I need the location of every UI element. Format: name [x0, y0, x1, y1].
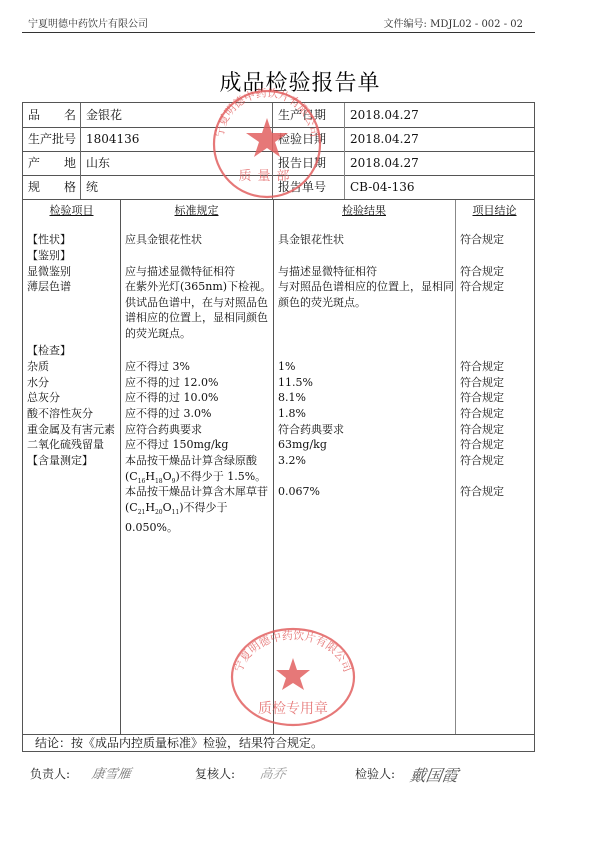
result-value: 11.5%: [278, 375, 454, 391]
result-item: 【鉴别】: [27, 248, 71, 264]
result-value: 与描述显微特征相符: [278, 264, 454, 280]
info-row: 生产批号 1804136 检验日期 2018.04.27: [23, 127, 534, 152]
result-item: 【含量测定】: [27, 453, 93, 469]
column-header-conclusion: 项目结论: [455, 202, 534, 218]
column-divider: [455, 200, 456, 734]
info-value: 2018.04.27: [345, 127, 534, 151]
result-value: 0.067%: [278, 484, 454, 500]
info-label: 生产日期: [273, 103, 345, 127]
inspector-label: 检验人:: [355, 765, 395, 782]
document-number: 文件编号: MDJL02 - 002 - 02: [384, 20, 523, 30]
result-conclusion: 符合规定: [460, 359, 504, 375]
result-item: 水分: [27, 375, 49, 391]
result-conclusion: 符合规定: [460, 375, 504, 391]
column-header-result: 检验结果: [273, 202, 455, 218]
column-header-item: 检验项目: [23, 202, 120, 218]
result-conclusion: 符合规定: [460, 232, 504, 248]
info-label: 产地: [23, 151, 81, 175]
info-label: 品名: [23, 103, 81, 127]
info-value: 山东: [81, 151, 273, 175]
info-value: 1804136: [81, 127, 273, 151]
result-conclusion: 符合规定: [460, 422, 504, 438]
column-divider: [120, 200, 121, 734]
company-name: 宁夏明德中药饮片有限公司: [28, 20, 148, 30]
result-standard: 应与描述显微特征相符: [125, 264, 273, 280]
info-row: 品名 金银花 生产日期 2018.04.27: [23, 103, 534, 128]
result-item: 酸不溶性灰分: [27, 406, 93, 422]
result-value: 3.2%: [278, 453, 454, 469]
info-value: 2018.04.27: [345, 151, 534, 175]
result-conclusion: 符合规定: [460, 390, 504, 406]
result-standard: 应不得的过 12.0%: [125, 375, 273, 391]
result-value: 63mg/kg: [278, 437, 454, 453]
result-item: 杂质: [27, 359, 49, 375]
result-value: 1.8%: [278, 406, 454, 422]
info-label: 报告单号: [273, 175, 345, 199]
result-conclusion: 符合规定: [460, 279, 504, 295]
info-label: 规格: [23, 175, 81, 199]
result-value: 具金银花性状: [278, 232, 454, 248]
info-value: 2018.04.27: [345, 103, 534, 127]
info-value: 金银花: [81, 103, 273, 127]
info-label: 生产批号: [23, 127, 81, 151]
result-standard: 应符合药典要求: [125, 422, 273, 438]
result-standard: 在紫外光灯(365nm)下检视。供试品色谱中，在与对照品色谱相应的位置上，显相同…: [125, 279, 273, 341]
responsible-label: 负责人:: [30, 765, 70, 782]
result-standard: 应不得过 150mg/kg: [125, 437, 273, 453]
inspector-signature: 戴国霞: [408, 763, 459, 786]
result-standard: 本品按干燥品计算含木犀草苷(C21H20O11)不得少于 0.050%。: [125, 484, 273, 536]
result-standard: 应不得的过 10.0%: [125, 390, 273, 406]
reviewer-signature: 高乔: [259, 763, 288, 782]
result-conclusion: 符合规定: [460, 406, 504, 422]
result-item: 薄层色谱: [27, 279, 71, 295]
conclusion: 结论：按《成品内控质量标准》检验，结果符合规定。: [23, 734, 534, 751]
result-conclusion: 符合规定: [460, 437, 504, 453]
info-value: 统: [81, 175, 273, 199]
result-standard: 应具金银花性状: [125, 232, 273, 248]
info-label: 检验日期: [273, 127, 345, 151]
reviewer-label: 复核人:: [195, 765, 235, 782]
result-standard: 应不得过 3%: [125, 359, 273, 375]
result-value: 1%: [278, 359, 454, 375]
result-conclusion: 符合规定: [460, 453, 504, 469]
column-header-standard: 标准规定: [120, 202, 273, 218]
info-value: CB-04-136: [345, 175, 534, 199]
result-conclusion: 符合规定: [460, 264, 504, 280]
responsible-signature: 康雪雁: [91, 763, 133, 782]
result-item: 【性状】: [27, 232, 71, 248]
result-item: 重金属及有害元素: [27, 422, 115, 438]
result-conclusion: 符合规定: [460, 484, 504, 500]
result-item: 【检查】: [27, 343, 71, 359]
result-value: 8.1%: [278, 390, 454, 406]
result-standard: 应不得的过 3.0%: [125, 406, 273, 422]
page-header: 宁夏明德中药饮片有限公司 文件编号: MDJL02 - 002 - 02: [22, 16, 535, 33]
info-label: 报告日期: [273, 151, 345, 175]
info-row: 产地 山东 报告日期 2018.04.27: [23, 151, 534, 176]
result-item: 二氧化硫残留量: [27, 437, 104, 453]
report-title: 成品检验报告单: [0, 66, 600, 97]
result-value: 符合药典要求: [278, 422, 454, 438]
result-item: 显微鉴别: [27, 264, 71, 280]
result-value: 与对照品色谱相应的位置上，显相同颜色的荧光斑点。: [278, 279, 454, 310]
result-item: 总灰分: [27, 390, 60, 406]
column-divider: [273, 200, 274, 734]
info-row: 规格 统 报告单号 CB-04-136: [23, 175, 534, 200]
inspection-report-table: 品名 金银花 生产日期 2018.04.27 生产批号 1804136 检验日期…: [22, 102, 535, 752]
